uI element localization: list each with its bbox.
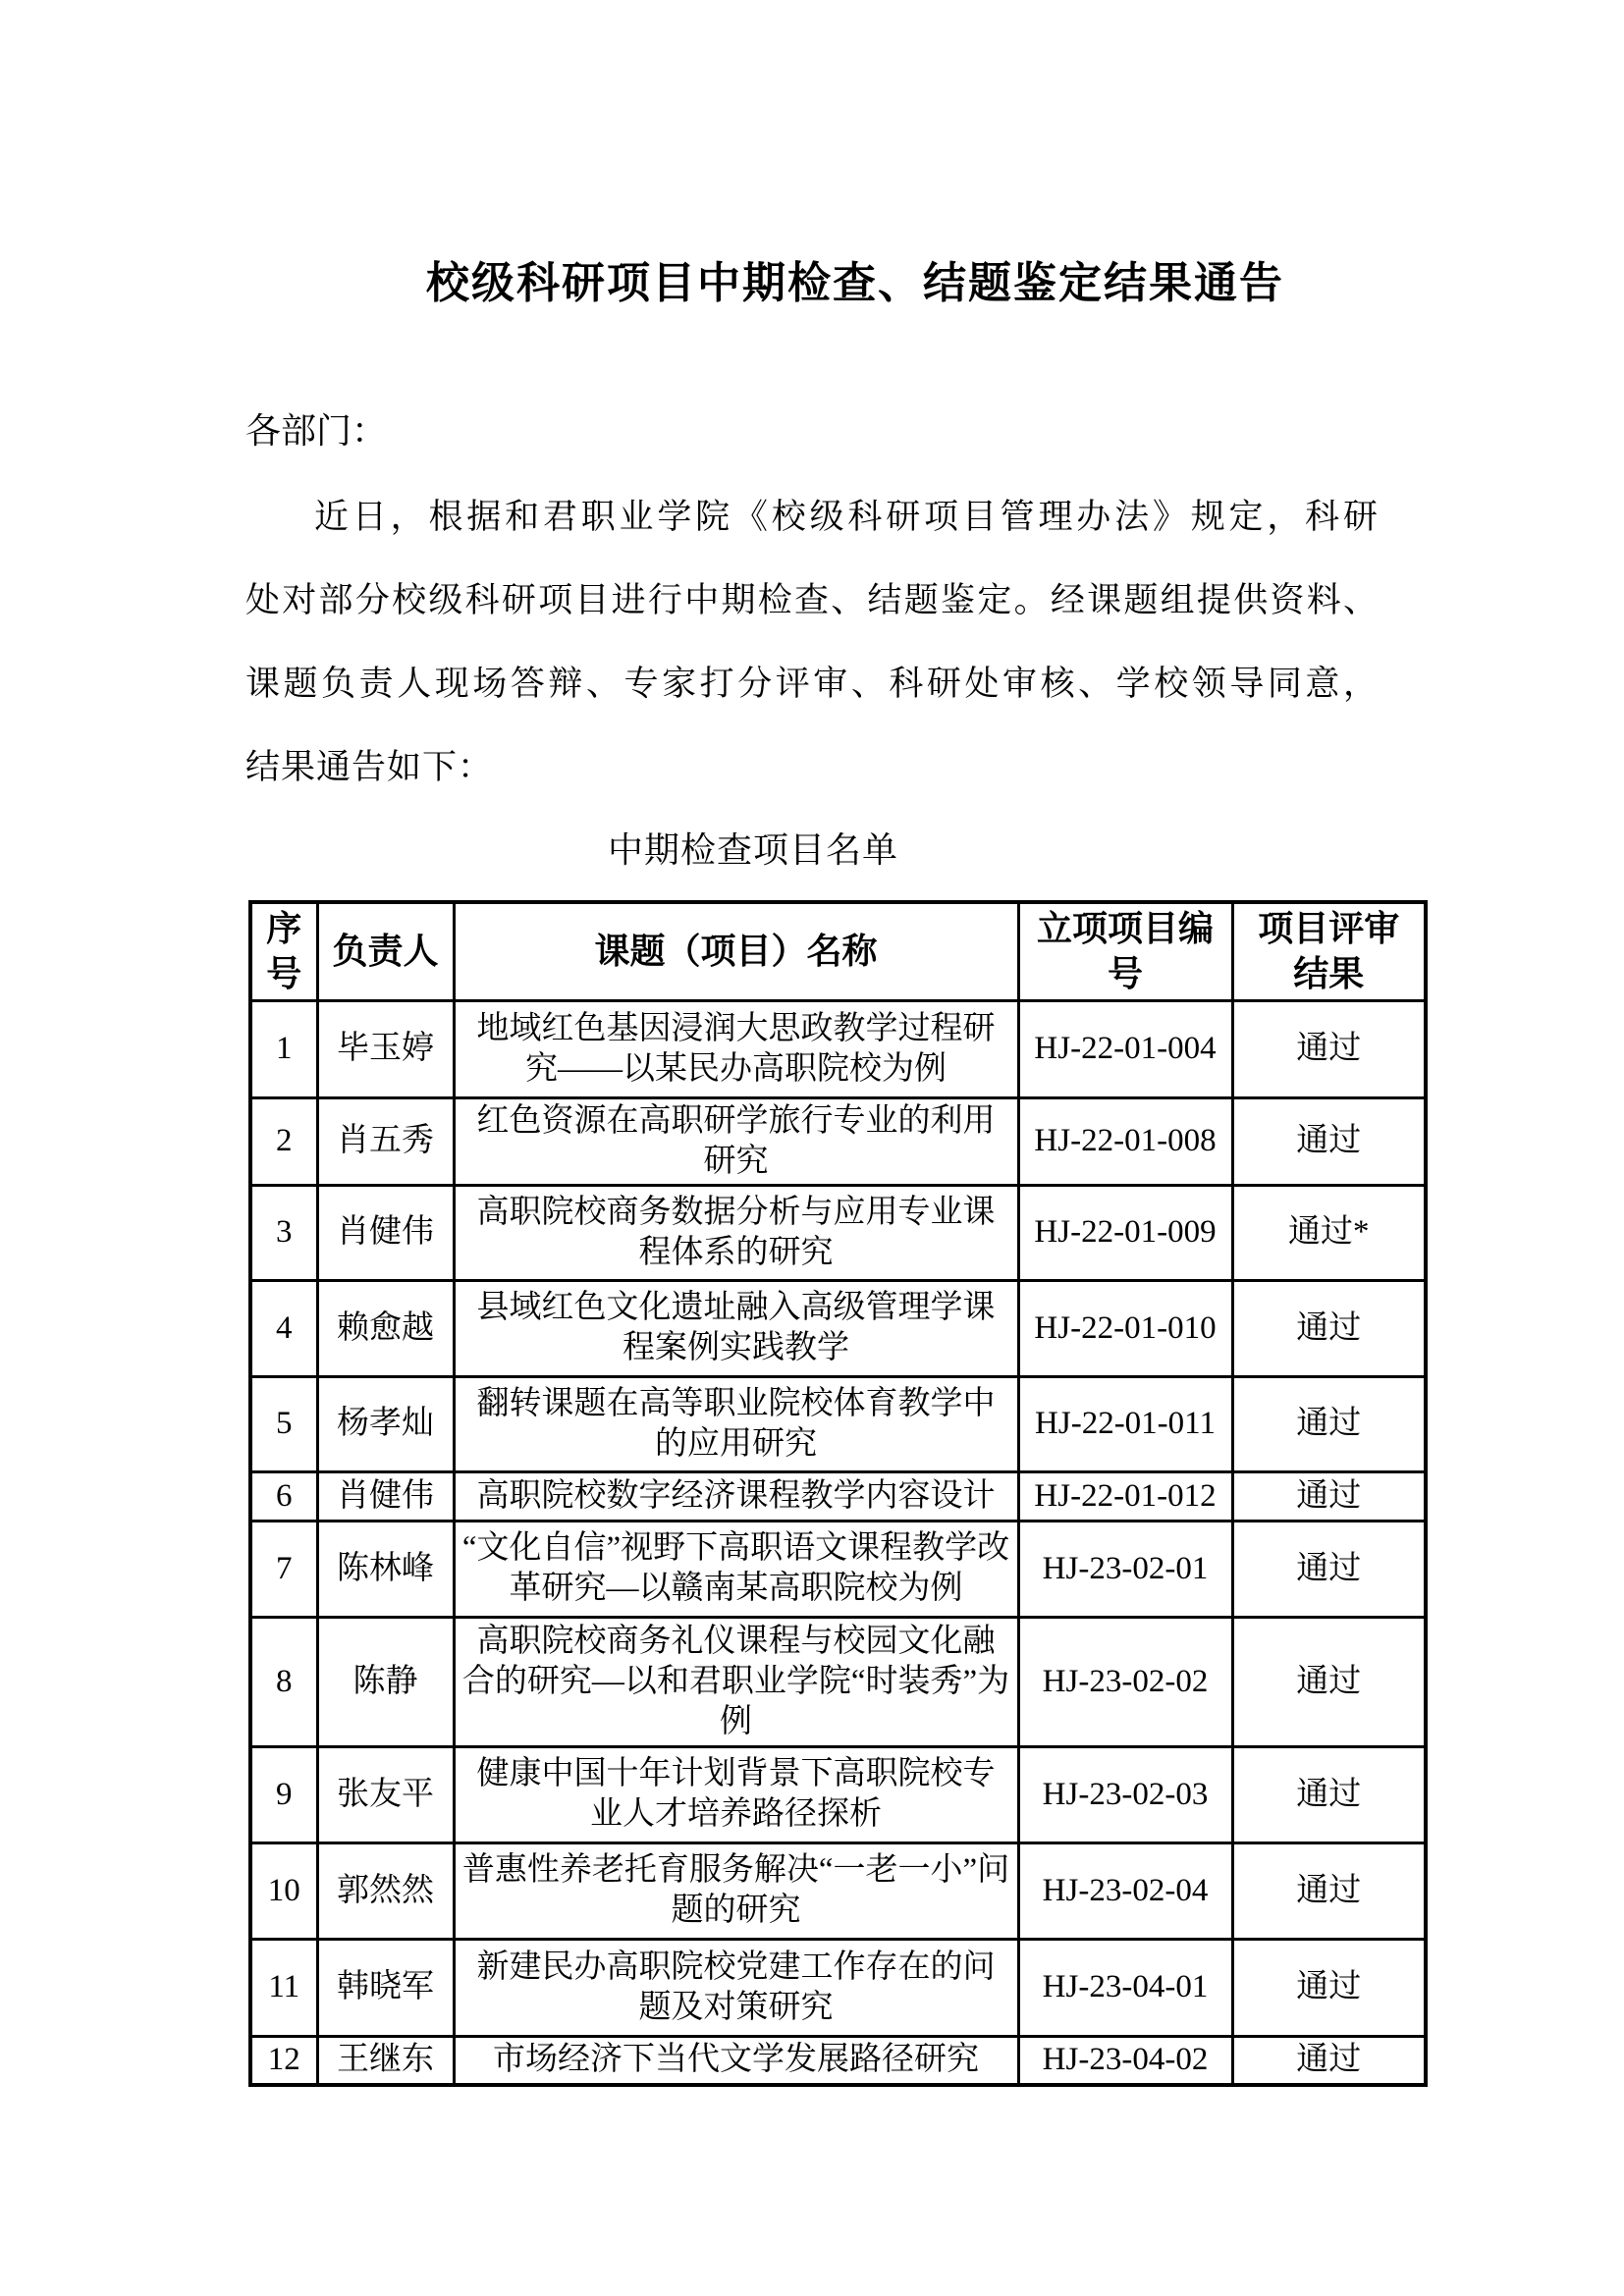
table-caption: 中期检查项目名单 bbox=[245, 809, 1379, 892]
row-number-cell: 4 bbox=[250, 1280, 317, 1376]
project-title-cell: 高职院校商务礼仪课程与校园文化融合的研究—以和君职业学院“时装秀”为例 bbox=[454, 1617, 1018, 1746]
body-paragraph-line: 结果通告如下： bbox=[245, 725, 1379, 809]
table-row: 4 赖愈越 县域红色文化遗址融入高级管理学课程案例实践教学 HJ-22-01-0… bbox=[250, 1280, 1426, 1376]
leader-cell: 韩晓军 bbox=[317, 1939, 454, 2036]
table-row: 2 肖五秀 红色资源在高职研学旅行专业的利用研究 HJ-22-01-008 通过 bbox=[250, 1097, 1426, 1185]
leader-cell: 张友平 bbox=[317, 1746, 454, 1842]
body-paragraph-line: 近日，根据和君职业学院《校级科研项目管理办法》规定，科研 bbox=[245, 475, 1379, 559]
project-code-cell: HJ-22-01-009 bbox=[1018, 1185, 1232, 1280]
table-row: 12 王继东 市场经济下当代文学发展路径研究 HJ-23-04-02 通过 bbox=[250, 2036, 1426, 2085]
leader-cell: 王继东 bbox=[317, 2036, 454, 2085]
page-title: 校级科研项目中期检查、结题鉴定结果通告 bbox=[245, 253, 1379, 314]
project-title-cell: 高职院校商务数据分析与应用专业课程体系的研究 bbox=[454, 1185, 1018, 1280]
project-title-cell: 翻转课题在高等职业院校体育教学中的应用研究 bbox=[454, 1376, 1018, 1471]
review-result-cell: 通过 bbox=[1232, 1746, 1426, 1842]
row-number-cell: 5 bbox=[250, 1376, 317, 1471]
review-result-cell: 通过 bbox=[1232, 1939, 1426, 2036]
leader-cell: 肖五秀 bbox=[317, 1097, 454, 1185]
document-page: { "page": { "title": "校级科研项目中期检查、结题鉴定结果通… bbox=[0, 0, 1624, 2296]
project-code-cell: HJ-23-02-03 bbox=[1018, 1746, 1232, 1842]
review-result-cell: 通过 bbox=[1232, 1617, 1426, 1746]
project-code-cell: HJ-22-01-004 bbox=[1018, 1000, 1232, 1097]
project-code-cell: HJ-23-04-01 bbox=[1018, 1939, 1232, 2036]
review-result-cell: 通过 bbox=[1232, 1521, 1426, 1617]
project-title-cell: “文化自信”视野下高职语文课程教学改革研究—以赣南某高职院校为例 bbox=[454, 1521, 1018, 1617]
project-title-cell: 市场经济下当代文学发展路径研究 bbox=[454, 2036, 1018, 2085]
row-number-cell: 2 bbox=[250, 1097, 317, 1185]
table-row: 6 肖健伟 高职院校数字经济课程教学内容设计 HJ-22-01-012 通过 bbox=[250, 1471, 1426, 1521]
row-number-cell: 9 bbox=[250, 1746, 317, 1842]
leader-cell: 郭然然 bbox=[317, 1842, 454, 1939]
leader-cell: 肖健伟 bbox=[317, 1471, 454, 1521]
table-row: 3 肖健伟 高职院校商务数据分析与应用专业课程体系的研究 HJ-22-01-00… bbox=[250, 1185, 1426, 1280]
leader-cell: 毕玉婷 bbox=[317, 1000, 454, 1097]
review-result-cell: 通过 bbox=[1232, 1097, 1426, 1185]
review-result-cell: 通过 bbox=[1232, 1376, 1426, 1471]
project-code-cell: HJ-22-01-010 bbox=[1018, 1280, 1232, 1376]
row-number-cell: 1 bbox=[250, 1000, 317, 1097]
body-paragraph-line: 课题负责人现场答辩、专家打分评审、科研处审核、学校领导同意， bbox=[245, 642, 1379, 725]
project-code-cell: HJ-23-02-04 bbox=[1018, 1842, 1232, 1939]
leader-cell: 陈静 bbox=[317, 1617, 454, 1746]
salutation-text: 各部门： bbox=[245, 395, 387, 467]
review-result-cell: 通过 bbox=[1232, 1842, 1426, 1939]
table-body: 1 毕玉婷 地域红色基因浸润大思政教学过程研究——以某民办高职院校为例 HJ-2… bbox=[250, 1000, 1426, 2085]
table-row: 5 杨孝灿 翻转课题在高等职业院校体育教学中的应用研究 HJ-22-01-011… bbox=[250, 1376, 1426, 1471]
body-paragraph-line: 处对部分校级科研项目进行中期检查、结题鉴定。经课题组提供资料、 bbox=[245, 559, 1379, 642]
leader-cell: 赖愈越 bbox=[317, 1280, 454, 1376]
review-result-cell: 通过 bbox=[1232, 1471, 1426, 1521]
project-code-cell: HJ-22-01-012 bbox=[1018, 1471, 1232, 1521]
project-code-cell: HJ-22-01-008 bbox=[1018, 1097, 1232, 1185]
header-project-title: 课题（项目）名称 bbox=[454, 902, 1018, 1000]
project-title-cell: 新建民办高职院校党建工作存在的问题及对策研究 bbox=[454, 1939, 1018, 2036]
table-header: 序 号 负责人 课题（项目）名称 立项项目编 号 项目评审 结果 bbox=[250, 902, 1426, 1000]
table-header-row: 序 号 负责人 课题（项目）名称 立项项目编 号 项目评审 结果 bbox=[250, 902, 1426, 1000]
review-result-cell: 通过 bbox=[1232, 2036, 1426, 2085]
header-review-result: 项目评审 结果 bbox=[1232, 902, 1426, 1000]
row-number-cell: 8 bbox=[250, 1617, 317, 1746]
project-title-cell: 地域红色基因浸润大思政教学过程研究——以某民办高职院校为例 bbox=[454, 1000, 1018, 1097]
project-code-cell: HJ-23-04-02 bbox=[1018, 2036, 1232, 2085]
row-number-cell: 6 bbox=[250, 1471, 317, 1521]
header-project-code: 立项项目编 号 bbox=[1018, 902, 1232, 1000]
row-number-cell: 7 bbox=[250, 1521, 317, 1617]
table-row: 1 毕玉婷 地域红色基因浸润大思政教学过程研究——以某民办高职院校为例 HJ-2… bbox=[250, 1000, 1426, 1097]
project-title-cell: 县域红色文化遗址融入高级管理学课程案例实践教学 bbox=[454, 1280, 1018, 1376]
leader-cell: 肖健伟 bbox=[317, 1185, 454, 1280]
row-number-cell: 3 bbox=[250, 1185, 317, 1280]
table-row: 10 郭然然 普惠性养老托育服务解决“一老一小”问题的研究 HJ-23-02-0… bbox=[250, 1842, 1426, 1939]
table-row: 8 陈静 高职院校商务礼仪课程与校园文化融合的研究—以和君职业学院“时装秀”为例… bbox=[250, 1617, 1426, 1746]
header-serial-number: 序 号 bbox=[250, 902, 317, 1000]
review-result-cell: 通过 bbox=[1232, 1000, 1426, 1097]
row-number-cell: 10 bbox=[250, 1842, 317, 1939]
leader-cell: 陈林峰 bbox=[317, 1521, 454, 1617]
row-number-cell: 12 bbox=[250, 2036, 317, 2085]
project-title-cell: 高职院校数字经济课程教学内容设计 bbox=[454, 1471, 1018, 1521]
project-title-cell: 红色资源在高职研学旅行专业的利用研究 bbox=[454, 1097, 1018, 1185]
review-result-cell: 通过 bbox=[1232, 1280, 1426, 1376]
review-result-cell: 通过* bbox=[1232, 1185, 1426, 1280]
midterm-check-table: 序 号 负责人 课题（项目）名称 立项项目编 号 项目评审 结果 1 毕玉婷 地… bbox=[248, 900, 1428, 2087]
row-number-cell: 11 bbox=[250, 1939, 317, 2036]
project-code-cell: HJ-23-02-02 bbox=[1018, 1617, 1232, 1746]
project-code-cell: HJ-23-02-01 bbox=[1018, 1521, 1232, 1617]
project-title-cell: 健康中国十年计划背景下高职院校专业人才培养路径探析 bbox=[454, 1746, 1018, 1842]
project-title-cell: 普惠性养老托育服务解决“一老一小”问题的研究 bbox=[454, 1842, 1018, 1939]
table-row: 7 陈林峰 “文化自信”视野下高职语文课程教学改革研究—以赣南某高职院校为例 H… bbox=[250, 1521, 1426, 1617]
table-row: 11 韩晓军 新建民办高职院校党建工作存在的问题及对策研究 HJ-23-04-0… bbox=[250, 1939, 1426, 2036]
leader-cell: 杨孝灿 bbox=[317, 1376, 454, 1471]
table-row: 9 张友平 健康中国十年计划背景下高职院校专业人才培养路径探析 HJ-23-02… bbox=[250, 1746, 1426, 1842]
project-code-cell: HJ-22-01-011 bbox=[1018, 1376, 1232, 1471]
header-leader: 负责人 bbox=[317, 902, 454, 1000]
